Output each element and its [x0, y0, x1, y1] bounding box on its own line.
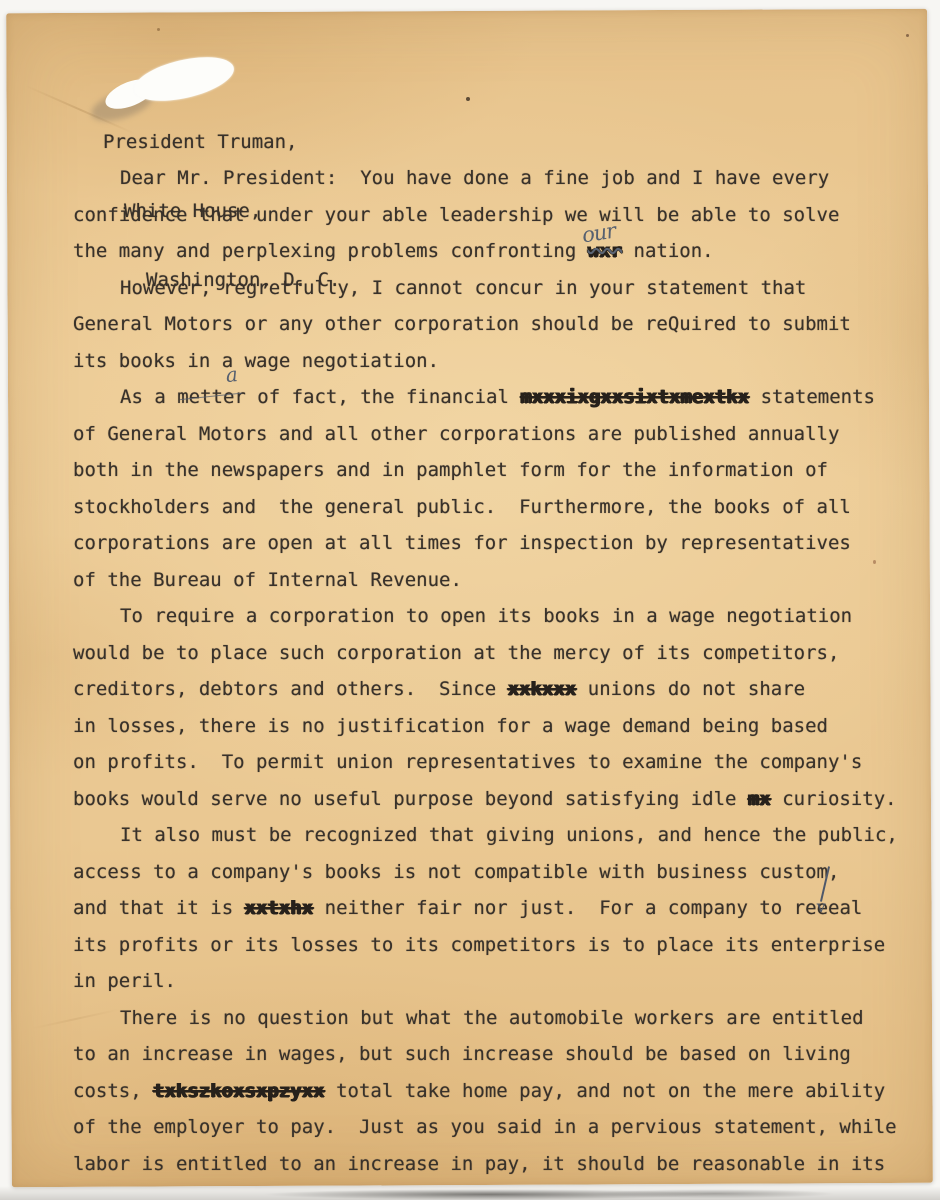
typed-text: mettera — [177, 386, 246, 408]
letter-line: to an increase in wages, but such increa… — [73, 1036, 913, 1073]
letter-line: Dear Mr. President: You have done a fine… — [73, 160, 913, 197]
letter-line: would be to place such corporation at th… — [73, 635, 913, 672]
typed-text: costs, — [73, 1080, 153, 1102]
ink-speck — [466, 97, 470, 101]
letter-line: To require a corporation to open its boo… — [73, 598, 913, 635]
letter-line: There is no question but what the automo… — [73, 1000, 913, 1037]
letter-line: its books in a wage negotiation. — [73, 343, 913, 380]
typed-text: the many and perplexing problems confron… — [73, 240, 588, 262]
typed-text: nation. — [622, 240, 714, 262]
letter-line: in losses, there is no justification for… — [73, 708, 913, 745]
typed-text: e — [817, 897, 828, 919]
typed-text: corporations are open at all times for i… — [73, 532, 851, 554]
letter-line: costs, txkszkoxsxpzyxx total take home p… — [73, 1073, 913, 1110]
typed-text: neither fair nor just. For a company to … — [313, 897, 816, 919]
letter-line: access to a company's books is not compa… — [73, 854, 913, 891]
letter-line: on profits. To permit union representati… — [73, 744, 913, 781]
typed-text: However, regretfully, I cannot concur in… — [120, 277, 806, 299]
struck-text: xxkxxx — [508, 678, 577, 700]
typed-text: statements — [749, 386, 875, 408]
typed-text: its books in a wage negotiation. — [73, 350, 439, 372]
letter-body: Dear Mr. President: You have done a fine… — [73, 160, 913, 1182]
letter-line: labor is entitled to an increase in pay,… — [73, 1146, 913, 1183]
typed-text: confidence that under your able leadersh… — [73, 204, 839, 226]
typed-text: To require a corporation to open its boo… — [120, 605, 852, 627]
typed-text: of General Motors and all other corporat… — [73, 423, 839, 445]
typed-text: labor is entitled to an increase in pay,… — [73, 1153, 885, 1175]
typed-text: There is no question but what the automo… — [120, 1007, 864, 1029]
typed-text: total take home pay, and not on the mere… — [325, 1080, 886, 1102]
letter-line: of the Bureau of Internal Revenue. — [73, 562, 913, 599]
letter-line: books would serve no useful purpose beyo… — [73, 781, 913, 818]
typed-text: in losses, there is no justification for… — [73, 715, 828, 737]
typed-text: creditors, debtors and others. Since — [73, 678, 508, 700]
typed-text: of fact, the financial — [246, 386, 521, 408]
struck-text: mxxxixgxxsixtxmextkx — [520, 386, 749, 408]
typed-text: Dear Mr. President: You have done a fine… — [120, 167, 829, 189]
letter-line: and that it is xxtxhx neither fair nor j… — [73, 890, 913, 927]
typed-text: would be to place such corporation at th… — [73, 642, 839, 664]
typed-text: to an increase in wages, but such increa… — [73, 1043, 851, 1065]
typed-text: access to a company's books is not compa… — [73, 861, 839, 883]
ink-speck — [157, 28, 160, 31]
struck-text: mx — [748, 788, 771, 810]
letter-line: of the employer to pay. Just as you said… — [73, 1109, 913, 1146]
letter-line: creditors, debtors and others. Since xxk… — [73, 671, 913, 708]
typed-text: and that it is — [73, 897, 245, 919]
letter-line: of General Motors and all other corporat… — [73, 416, 913, 453]
typed-text: curiosity. — [771, 788, 897, 810]
letter-line: General Motors or any other corporation … — [73, 306, 913, 343]
typed-text: eal — [828, 897, 862, 919]
ink-speck — [906, 34, 909, 37]
typed-text: of the Bureau of Internal Revenue. — [73, 569, 462, 591]
letter-line: As a mettera of fact, the financial mxxx… — [73, 379, 913, 416]
typed-text: its profits or its losses to its competi… — [73, 934, 885, 956]
letter-line: stockholders and the general public. Fur… — [73, 489, 913, 526]
typed-text: It also must be recognized that giving u… — [120, 824, 898, 846]
typed-text: in peril. — [73, 970, 176, 992]
typed-text: books would serve no useful purpose beyo… — [73, 788, 748, 810]
letter-line: It also must be recognized that giving u… — [73, 817, 913, 854]
typed-text: General Motors or any other corporation … — [73, 313, 851, 335]
letter-line: confidence that under your able leadersh… — [73, 197, 913, 234]
address-line-recipient: President Truman, — [103, 131, 340, 154]
scan-edge-smudge — [0, 1186, 940, 1200]
struck-text: xxtxhx — [245, 897, 314, 919]
letter-line: in peril. — [73, 963, 913, 1000]
typed-text: As a — [120, 386, 177, 408]
typed-text: on profits. To permit union representati… — [73, 751, 862, 773]
typed-text: both in the newspapers and in pamphlet f… — [73, 459, 828, 481]
struck-text: wxrour — [588, 240, 622, 262]
typed-text: unions do not share — [576, 678, 805, 700]
struck-text: txkszkoxsxpzyxx — [153, 1080, 325, 1102]
letter-line: However, regretfully, I cannot concur in… — [73, 270, 913, 307]
letter-line: its profits or its losses to its competi… — [73, 927, 913, 964]
typed-text: stockholders and the general public. Fur… — [73, 496, 851, 518]
letter-line: corporations are open at all times for i… — [73, 525, 913, 562]
ink-speck — [873, 560, 876, 564]
scanned-letter-page: President Truman, White House, Washingto… — [0, 0, 940, 1200]
letter-line: the many and perplexing problems confron… — [73, 233, 913, 270]
letter-line: both in the newspapers and in pamphlet f… — [73, 452, 913, 489]
typed-text: of the employer to pay. Just as you said… — [73, 1116, 897, 1138]
